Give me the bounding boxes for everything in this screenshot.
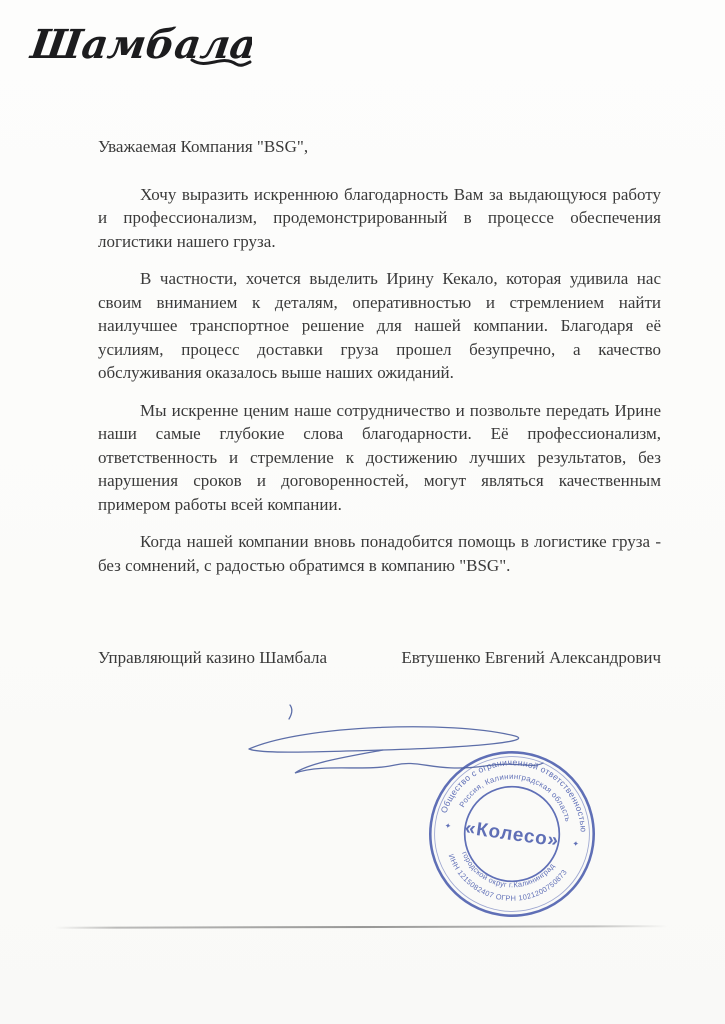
stamp-center-name: «Колесо»: [464, 818, 561, 852]
salutation: Уважаемая Компания "BSG",: [98, 135, 661, 159]
shambala-logo-svg: Шамбала: [22, 12, 252, 82]
paragraph-2: В частности, хочется выделить Ирину Кека…: [98, 267, 661, 385]
signature-tick-mark: [289, 705, 292, 719]
signoff-title: Управляющий казино Шамбала: [98, 648, 327, 668]
paragraph-1: Хочу выразить искреннюю благодарность Ва…: [98, 183, 661, 254]
letter-body: Уважаемая Компания "BSG", Хочу выразить …: [98, 135, 661, 591]
stamp-separator-right-icon: ✦: [572, 839, 580, 849]
scanned-letter-page: Шамбала Уважаемая Компания "BSG", Хочу в…: [0, 0, 725, 1024]
paragraph-3: Мы искренне ценим наше сотрудничество и …: [98, 399, 661, 517]
signature-scrawl: [233, 693, 548, 811]
signature-main-loop: [249, 727, 519, 752]
signoff-row: Управляющий казино Шамбала Евтушенко Евг…: [98, 648, 661, 668]
signature-underline-stroke: [295, 750, 543, 773]
shambala-logo: Шамбала: [22, 12, 252, 82]
paragraph-4: Когда нашей компании вновь понадобится п…: [98, 530, 661, 577]
signoff-name: Евтушенко Евгений Александрович: [401, 648, 661, 668]
stamp-separator-left-icon: ✦: [444, 821, 452, 831]
scan-crease-line: [55, 925, 667, 929]
